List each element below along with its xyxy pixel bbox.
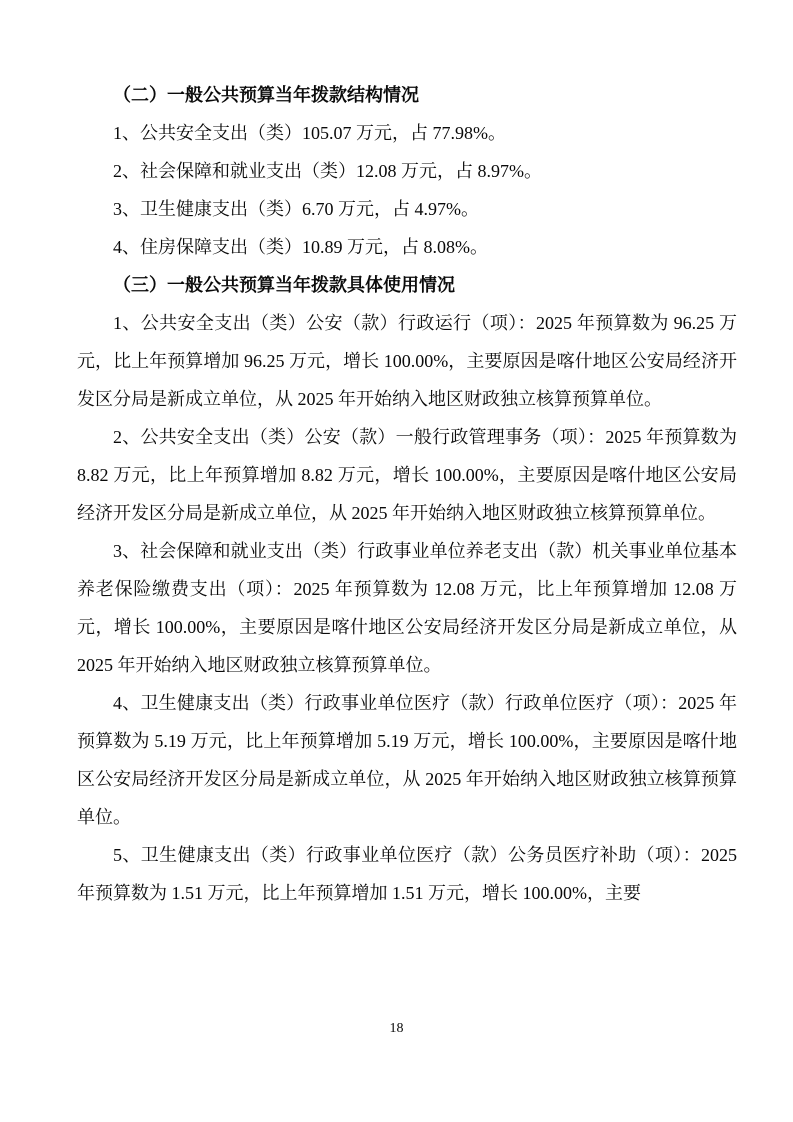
budget-usage-paragraph: 5、卫生健康支出（类）行政事业单位医疗（款）公务员医疗补助（项）：2025 年预… — [77, 836, 737, 912]
document-page: （二）一般公共预算当年拨款结构情况 1、公共安全支出（类）105.07 万元，占… — [0, 0, 793, 1122]
budget-structure-item: 3、卫生健康支出（类）6.70 万元，占 4.97%。 — [77, 190, 737, 228]
budget-usage-paragraph: 3、社会保障和就业支出（类）行政事业单位养老支出（款）机关事业单位基本养老保险缴… — [77, 532, 737, 684]
budget-usage-paragraph: 2、公共安全支出（类）公安（款）一般行政管理事务（项）：2025 年预算数为 8… — [77, 418, 737, 532]
page-number: 18 — [0, 1019, 793, 1039]
budget-structure-item: 4、住房保障支出（类）10.89 万元，占 8.08%。 — [77, 228, 737, 266]
section-heading-allocation-usage: （三）一般公共预算当年拨款具体使用情况 — [77, 266, 737, 304]
section-heading-allocation-structure: （二）一般公共预算当年拨款结构情况 — [77, 76, 737, 114]
budget-usage-paragraph: 4、卫生健康支出（类）行政事业单位医疗（款）行政单位医疗（项）：2025 年预算… — [77, 684, 737, 836]
budget-structure-item: 2、社会保障和就业支出（类）12.08 万元，占 8.97%。 — [77, 152, 737, 190]
budget-usage-paragraph: 1、公共安全支出（类）公安（款）行政运行（项）：2025 年预算数为 96.25… — [77, 304, 737, 418]
document-body: （二）一般公共预算当年拨款结构情况 1、公共安全支出（类）105.07 万元，占… — [77, 76, 737, 912]
budget-structure-item: 1、公共安全支出（类）105.07 万元，占 77.98%。 — [77, 114, 737, 152]
